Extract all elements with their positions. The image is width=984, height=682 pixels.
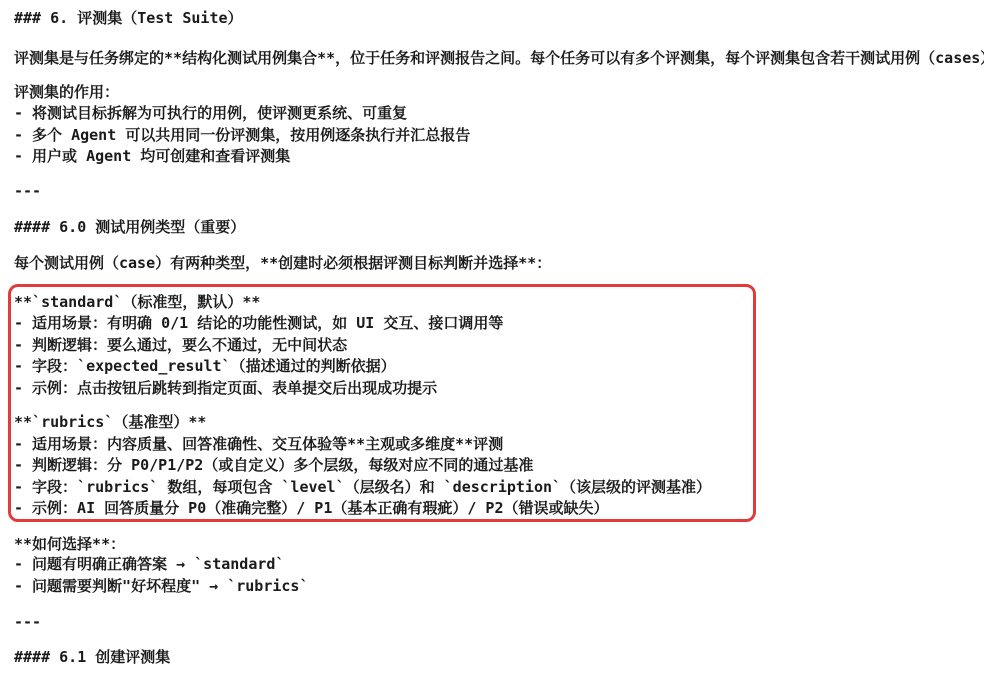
rubrics-type-title: **`rubrics`（基准型）** <box>14 411 206 433</box>
paragraph-purpose-label: 评测集的作用： <box>14 81 119 103</box>
rubrics-example: - 示例：AI 回答质量分 P0（准确完整）/ P1（基本正确有瑕疵）/ P2（… <box>14 497 609 519</box>
standard-logic: - 判断逻辑：要么通过，要么不通过，无中间状态 <box>14 334 347 356</box>
paragraph-intro: 评测集是与任务绑定的**结构化测试用例集合**，位于任务和评测报告之间。每个任务… <box>14 47 984 69</box>
heading-section-6: ### 6. 评测集（Test Suite） <box>14 7 243 29</box>
heading-section-6-1: #### 6.1 创建评测集 <box>14 646 170 668</box>
rubrics-logic: - 判断逻辑：分 P0/P1/P2（或自定义）多个层级，每级对应不同的通过基准 <box>14 454 533 476</box>
separator-2: --- <box>14 611 41 633</box>
list-item-purpose-2: - 多个 Agent 可以共用同一份评测集，按用例逐条执行并汇总报告 <box>14 124 470 146</box>
markdown-document-view: ### 6. 评测集（Test Suite） 评测集是与任务绑定的**结构化测试… <box>0 0 984 682</box>
list-item-purpose-3: - 用户或 Agent 均可创建和查看评测集 <box>14 145 290 167</box>
rubrics-scenario: - 适用场景：内容质量、回答准确性、交互体验等**主观或多维度**评测 <box>14 433 503 455</box>
standard-scenario: - 适用场景：有明确 0/1 结论的功能性测试，如 UI 交互、接口调用等 <box>14 312 503 334</box>
standard-field: - 字段：`expected_result`（描述通过的判断依据） <box>14 355 396 377</box>
list-item-purpose-1: - 将测试目标拆解为可执行的用例，使评测更系统、可重复 <box>14 102 407 124</box>
standard-example: - 示例：点击按钮后跳转到指定页面、表单提交后出现成功提示 <box>14 377 437 399</box>
heading-section-6-0: #### 6.0 测试用例类型（重要） <box>14 216 245 238</box>
standard-type-title: **`standard`（标准型，默认）** <box>14 291 260 313</box>
paragraph-case-types: 每个测试用例（case）有两种类型，**创建时必须根据评测目标判断并选择**： <box>14 252 551 274</box>
separator-1: --- <box>14 180 41 202</box>
choose-standard-rule: - 问题有明确正确答案 → `standard` <box>14 553 284 575</box>
how-to-choose-label: **如何选择**： <box>14 533 125 555</box>
choose-rubrics-rule: - 问题需要判断"好坏程度" → `rubrics` <box>14 575 309 597</box>
rubrics-field: - 字段：`rubrics` 数组，每项包含 `level`（层级名）和 `de… <box>14 476 711 498</box>
